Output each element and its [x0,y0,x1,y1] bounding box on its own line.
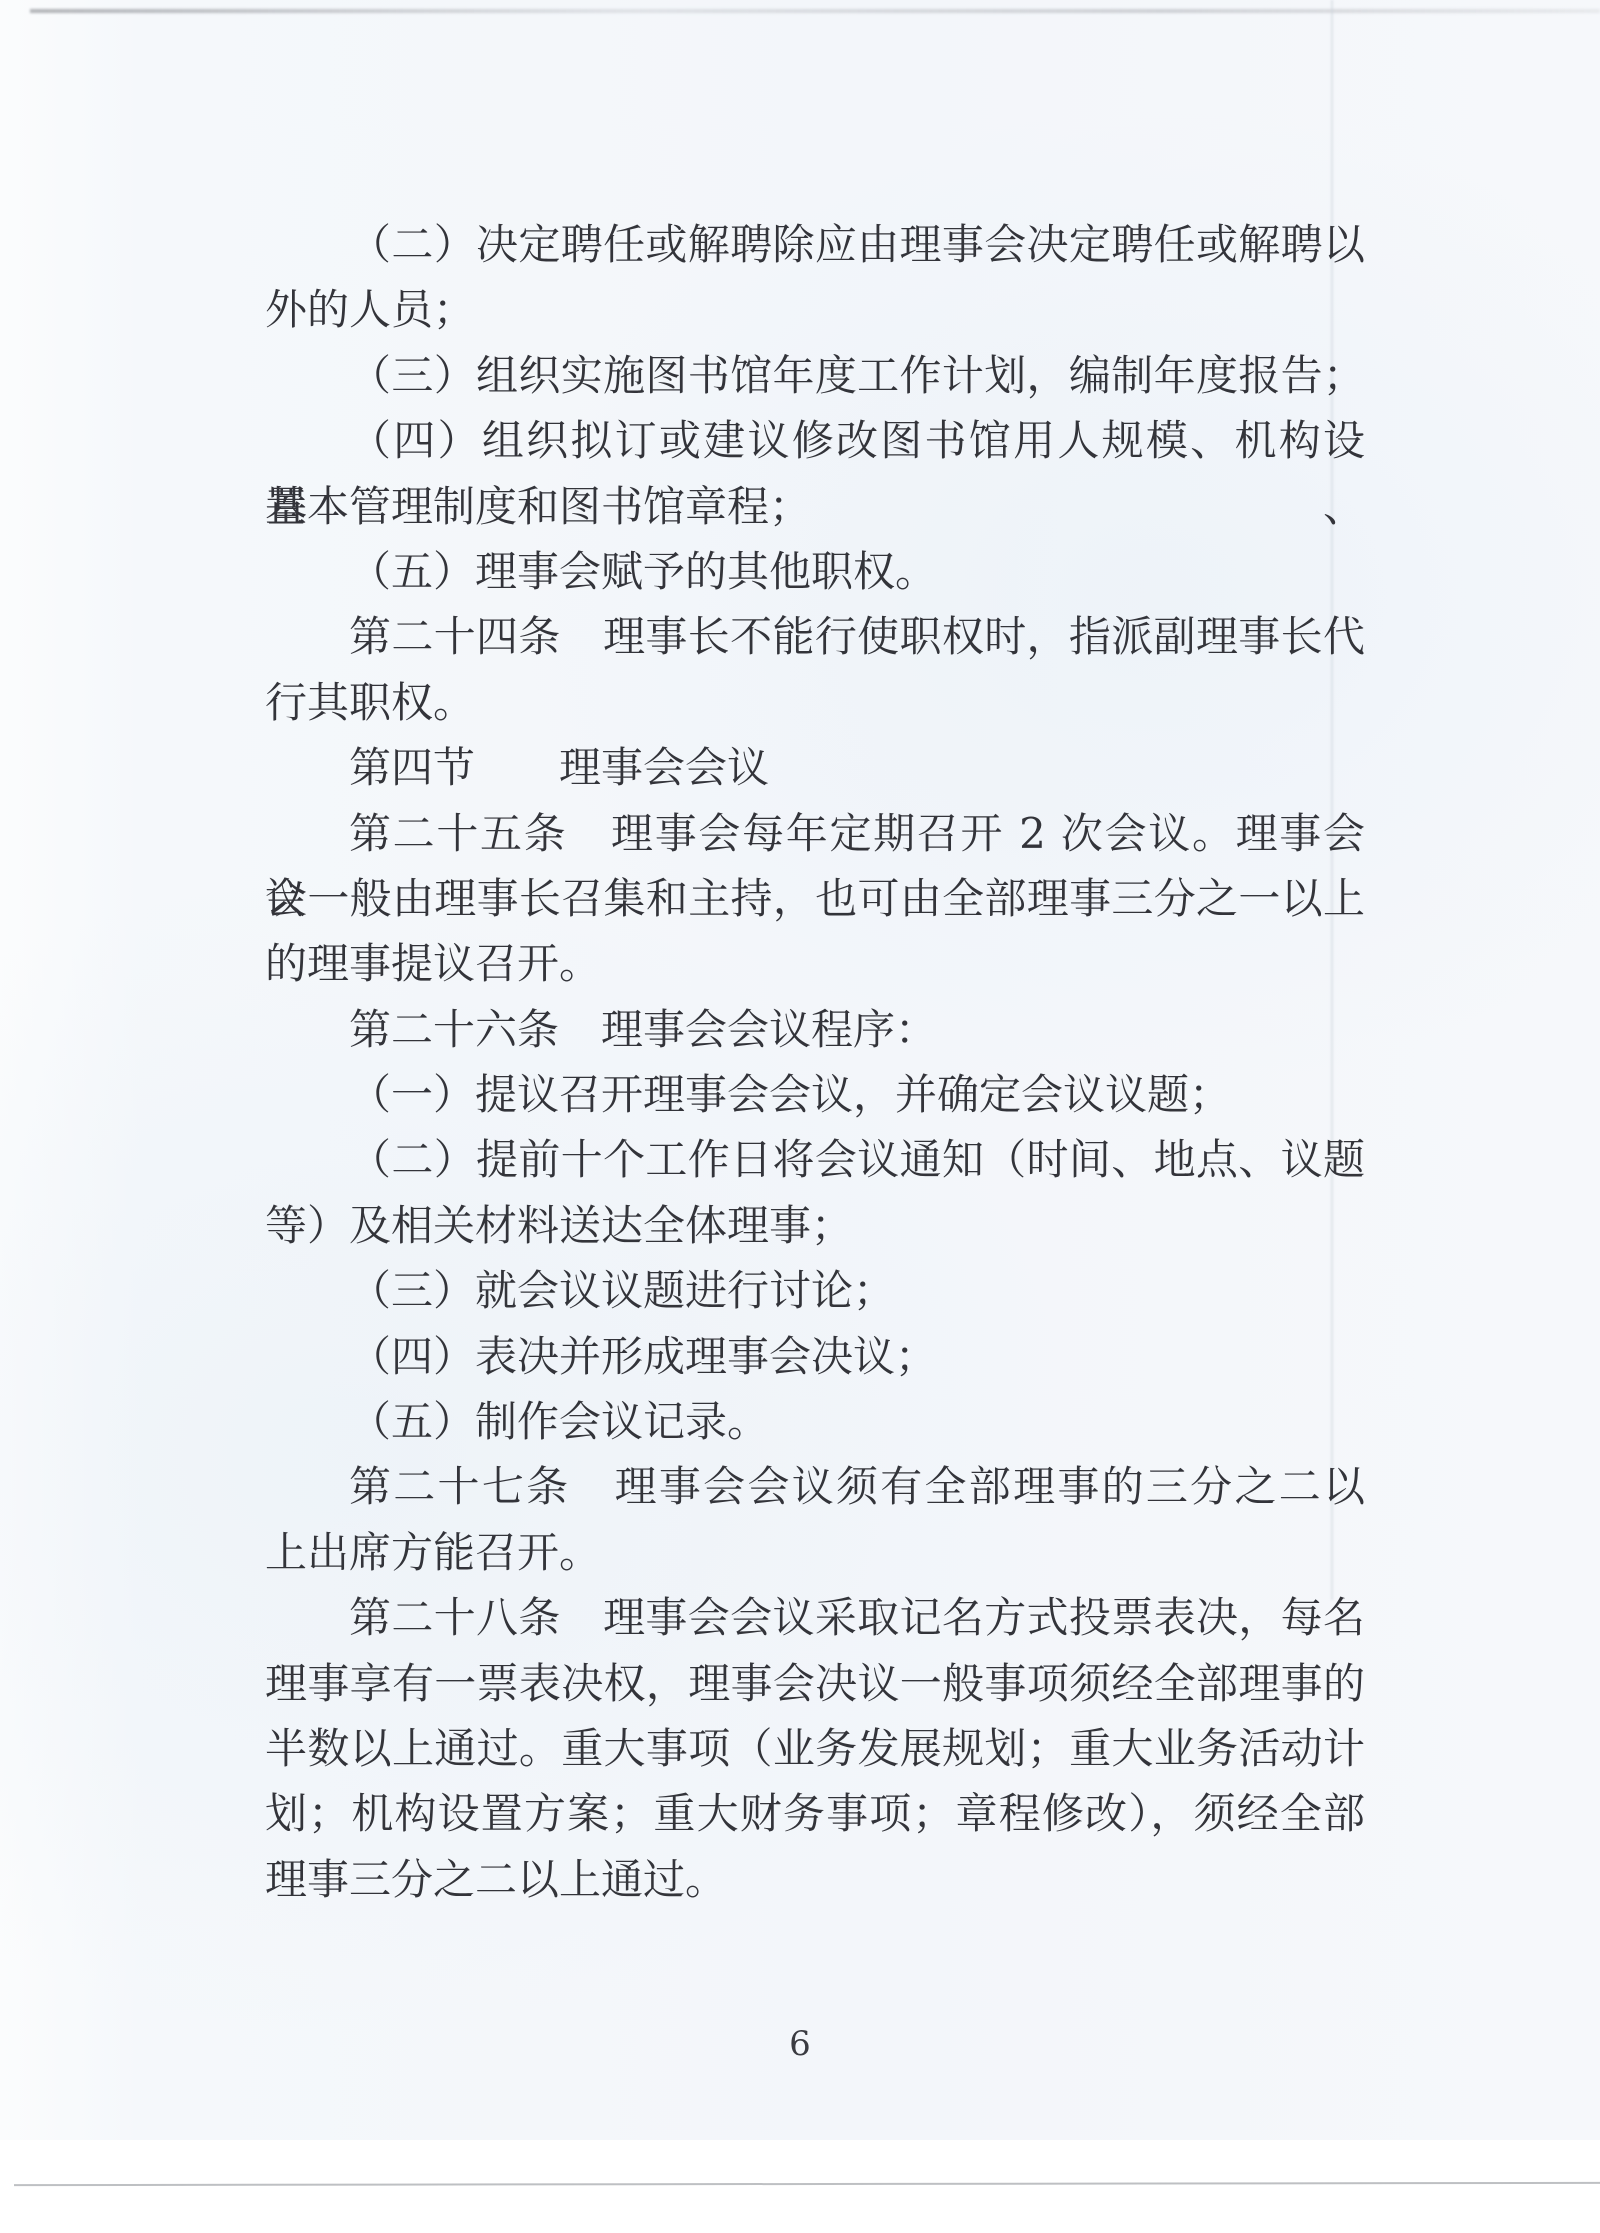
text-line: 理事三分之二以上通过。 [265,1847,1365,1912]
text-line: 上出席方能召开。 [265,1520,1365,1585]
text-line: 议一般由理事长召集和主持，也可由全部理事三分之一以上 [265,866,1365,931]
text-line: （二）决定聘任或解聘除应由理事会决定聘任或解聘以 [265,212,1365,277]
text-line: 第二十四条 理事长不能行使职权时，指派副理事长代 [265,604,1365,669]
scan-artifact-bottom-rule [14,2182,1600,2186]
text-line: （五）理事会赋予的其他职权。 [265,539,1365,604]
text-line: （四）组织拟订或建议修改图书馆用人规模、机构设置、 [265,408,1365,473]
text-line: 第二十六条 理事会会议程序： [265,997,1365,1062]
text-line: （二）提前十个工作日将会议通知（时间、地点、议题 [265,1127,1365,1192]
text-line: 第二十八条 理事会会议采取记名方式投票表决，每名 [265,1585,1365,1650]
document-body-text: （二）决定聘任或解聘除应由理事会决定聘任或解聘以外的人员；（三）组织实施图书馆年… [265,212,1365,1912]
text-line: 理事享有一票表决权，理事会决议一般事项须经全部理事的 [265,1651,1365,1716]
text-line: 行其职权。 [265,670,1365,735]
text-line: 第二十五条 理事会每年定期召开 2 次会议。理事会会 [265,801,1365,866]
text-line: （五）制作会议记录。 [265,1389,1365,1454]
text-line: （一）提议召开理事会会议，并确定会议议题； [265,1062,1365,1127]
text-line: 等）及相关材料送达全体理事； [265,1193,1365,1258]
text-line: （三）组织实施图书馆年度工作计划，编制年度报告； [265,343,1365,408]
scanned-document-page: （二）决定聘任或解聘除应由理事会决定聘任或解聘以外的人员；（三）组织实施图书馆年… [0,0,1600,2233]
scan-artifact-top-streak [30,9,1600,13]
text-line: 外的人员； [265,277,1365,342]
page-number: 6 [0,2024,1600,2064]
text-line: 的理事提议召开。 [265,931,1365,996]
text-line: 半数以上通过。重大事项（业务发展规划；重大业务活动计 [265,1716,1365,1781]
text-line: 划；机构设置方案；重大财务事项；章程修改），须经全部 [265,1781,1365,1846]
text-line: 第四节 理事会会议 [265,735,1365,800]
text-line: （四）表决并形成理事会决议； [265,1324,1365,1389]
text-line: 第二十七条 理事会会议须有全部理事的三分之二以 [265,1454,1365,1519]
text-line: （三）就会议议题进行讨论； [265,1258,1365,1323]
